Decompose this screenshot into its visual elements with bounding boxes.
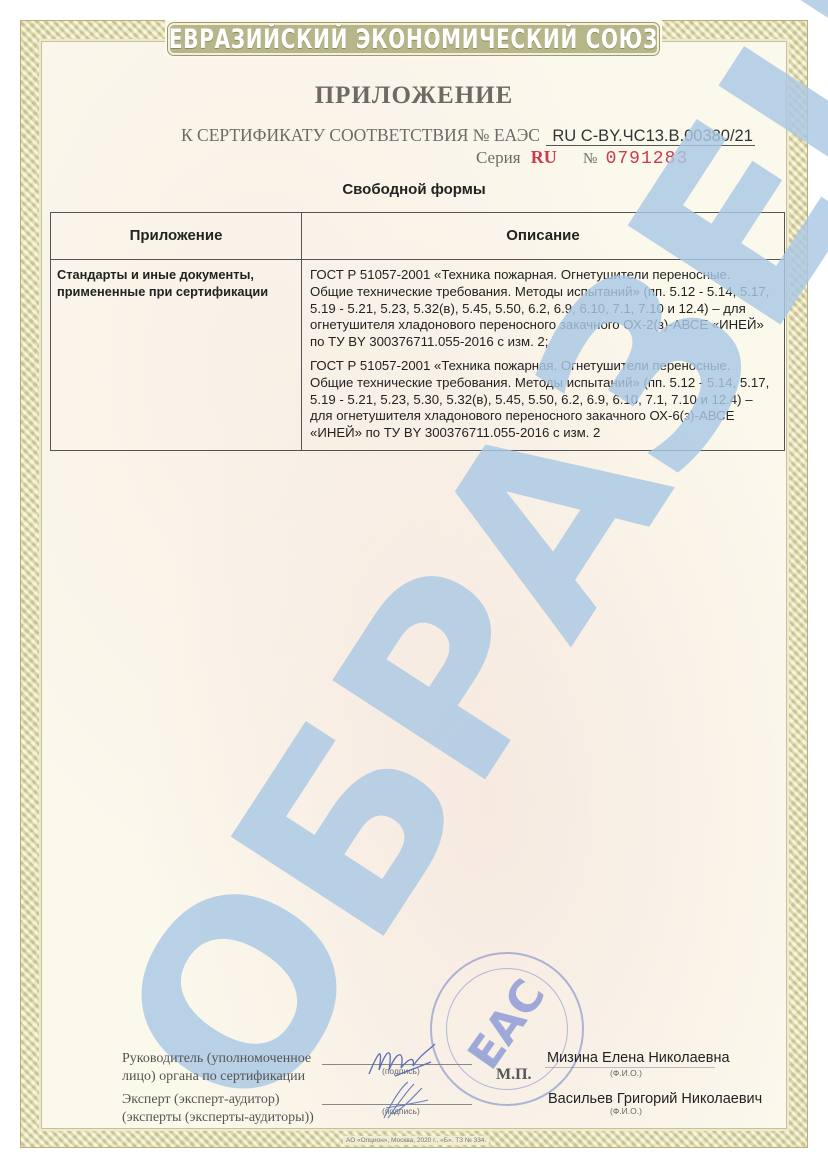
expert-label-line1: Эксперт (эксперт-аудитор) [122, 1091, 314, 1109]
annex-cell: Стандарты и иные документы, примененные … [51, 260, 302, 451]
document-title: ПРИЛОЖЕНИЕ [0, 82, 828, 110]
union-banner-plate: ЕВРАЗИЙСКИЙ ЭКОНОМИЧЕСКИЙ СОЮЗ [168, 23, 659, 55]
expert-label-line2: (эксперты (эксперты-аудиторы)) [122, 1109, 314, 1127]
certificate-number: RU C-BY.ЧС13.В.00380/21 [546, 127, 755, 146]
expert-name: Васильев Григорий Николаевич [548, 1091, 762, 1107]
series-line: Серия RU № 0791283 [476, 147, 688, 169]
description-entry: ГОСТ Р 51057-2001 «Техника пожарная. Огн… [310, 267, 776, 351]
column-header-annex: Приложение [51, 213, 302, 260]
union-banner-text: ЕВРАЗИЙСКИЙ ЭКОНОМИЧЕСКИЙ СОЮЗ [169, 24, 658, 55]
union-banner: ЕВРАЗИЙСКИЙ ЭКОНОМИЧЕСКИЙ СОЮЗ [165, 20, 662, 58]
expert-name-caption: (Ф.И.О.) [610, 1106, 642, 1116]
number-label: № [583, 151, 597, 167]
certificate-prefix: К СЕРТИФИКАТУ СООТВЕТСТВИЯ № ЕАЭС [181, 125, 540, 145]
eac-mark-icon: EAC [443, 948, 571, 1100]
head-signatory-label: Руководитель (уполномоченное лицо) орган… [122, 1050, 311, 1086]
table-row: Стандарты и иные документы, примененные … [51, 260, 785, 451]
annex-table: Приложение Описание Стандарты и иные док… [50, 212, 785, 451]
head-label-line1: Руководитель (уполномоченное [122, 1050, 311, 1068]
head-name: Мизина Елена Николаевна [547, 1050, 730, 1066]
table-header-row: Приложение Описание [51, 213, 785, 260]
series-value: RU [531, 147, 557, 167]
expert-signatory-label: Эксперт (эксперт-аудитор) (эксперты (экс… [122, 1091, 314, 1127]
series-label: Серия [476, 148, 521, 167]
description-entry: ГОСТ Р 51057-2001 «Техника пожарная. Огн… [310, 358, 776, 442]
expert-handwritten-signature [378, 1078, 438, 1122]
column-header-description: Описание [302, 213, 785, 260]
head-name-caption: (Ф.И.О.) [610, 1068, 642, 1078]
description-cell: ГОСТ Р 51057-2001 «Техника пожарная. Огн… [302, 260, 785, 451]
certificate-reference: К СЕРТИФИКАТУ СООТВЕТСТВИЯ № ЕАЭС RU C-B… [181, 125, 755, 146]
certification-stamp: EAC [430, 952, 584, 1106]
head-label-line2: лицо) органа по сертификации [122, 1068, 311, 1086]
certificate-paper [42, 42, 786, 1128]
printer-imprint: АО «Опцион», Москва, 2020 г., «Б». ТЗ № … [343, 1136, 489, 1145]
serial-number: 0791283 [606, 149, 689, 169]
form-type: Свободной формы [0, 181, 828, 198]
